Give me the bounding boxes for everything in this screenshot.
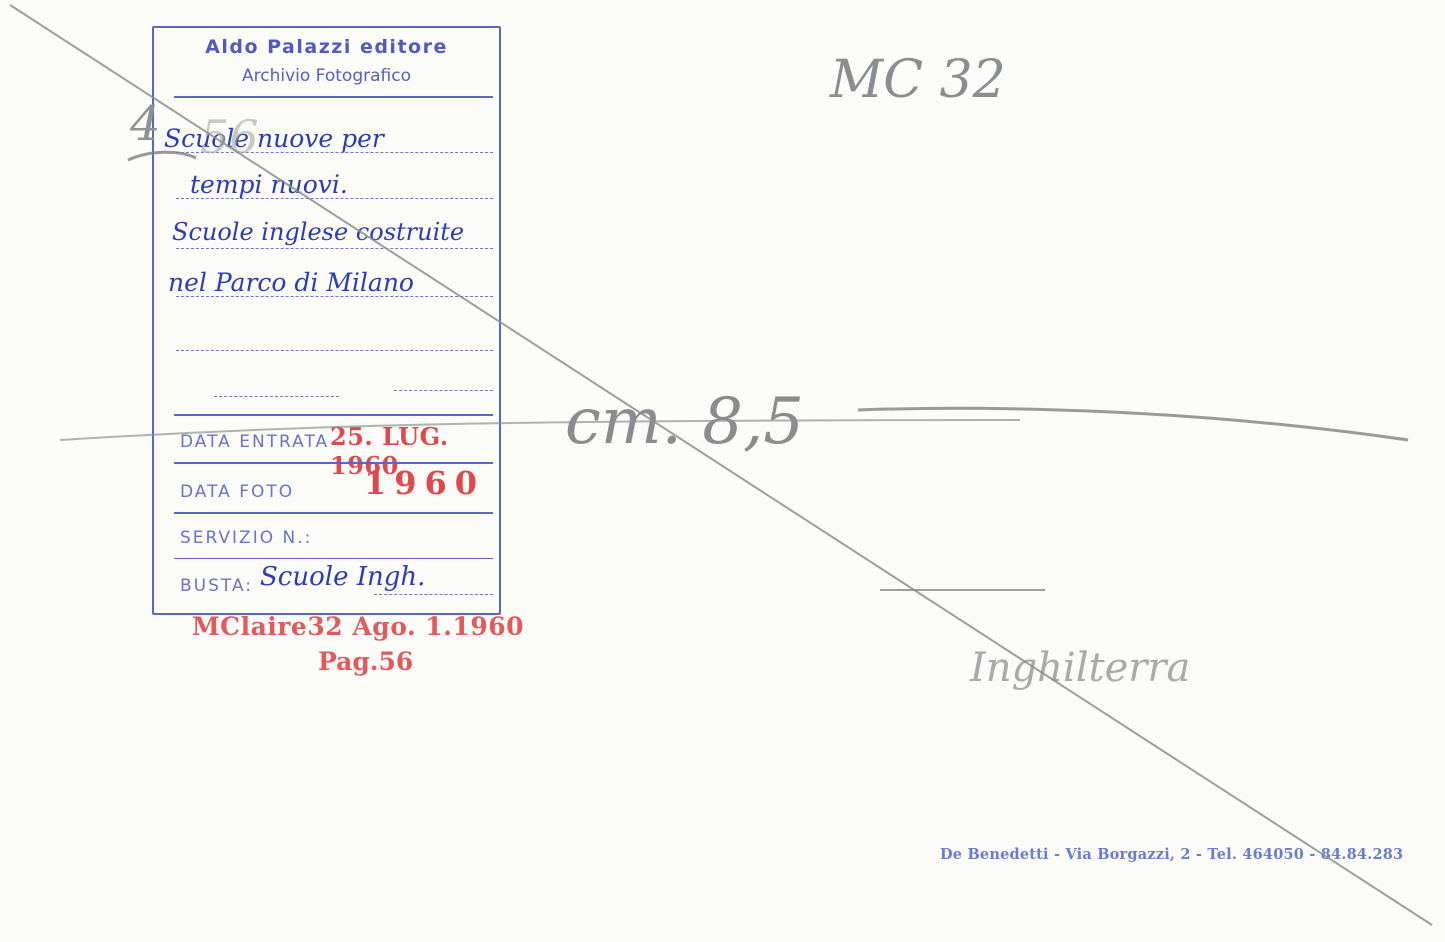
busta-value: Scuole Ingh.: [260, 562, 425, 592]
publisher-name: Aldo Palazzi editore: [154, 36, 499, 58]
busta-label: BUSTA:: [180, 576, 253, 596]
measurement-underline: [858, 408, 1408, 440]
red-stamp-line-1: MClaire32 Ago. 1.1960: [192, 612, 524, 641]
data-entrata-label: DATA ENTRATA: [180, 432, 329, 452]
archive-name: Archivio Fotografico: [154, 66, 499, 86]
servizio-label: SERVIZIO N.:: [180, 528, 312, 548]
pencil-code: MC 32: [830, 50, 1006, 110]
dotted-line: [176, 248, 493, 249]
caption-line-4: nel Parco di Milano: [168, 268, 414, 297]
divider: [174, 96, 493, 98]
pencil-measurement: cm. 8,5: [565, 385, 804, 459]
printer-footer: De Benedetti - Via Borgazzi, 2 - Tel. 46…: [940, 846, 1403, 863]
pencil-margin-mark: 56: [200, 110, 259, 164]
pencil-country: Inghilterra: [970, 645, 1190, 691]
divider: [174, 512, 493, 514]
dotted-line: [394, 390, 493, 391]
caption-line-3: Scuole inglese costruite: [172, 218, 464, 246]
divider: [174, 558, 493, 559]
divider: [174, 414, 493, 416]
dotted-line: [374, 594, 493, 595]
caption-line-2: tempi nuovi.: [190, 170, 348, 199]
data-foto-label: DATA FOTO: [180, 482, 294, 502]
pencil-left-mark: 4: [130, 96, 161, 152]
data-foto-value: 1960: [364, 464, 485, 502]
caption-line-1: Scuole nuove per: [164, 124, 384, 153]
red-stamp-line-2: Pag.56: [318, 647, 413, 676]
dotted-line: [214, 396, 339, 397]
dotted-line: [176, 350, 493, 351]
